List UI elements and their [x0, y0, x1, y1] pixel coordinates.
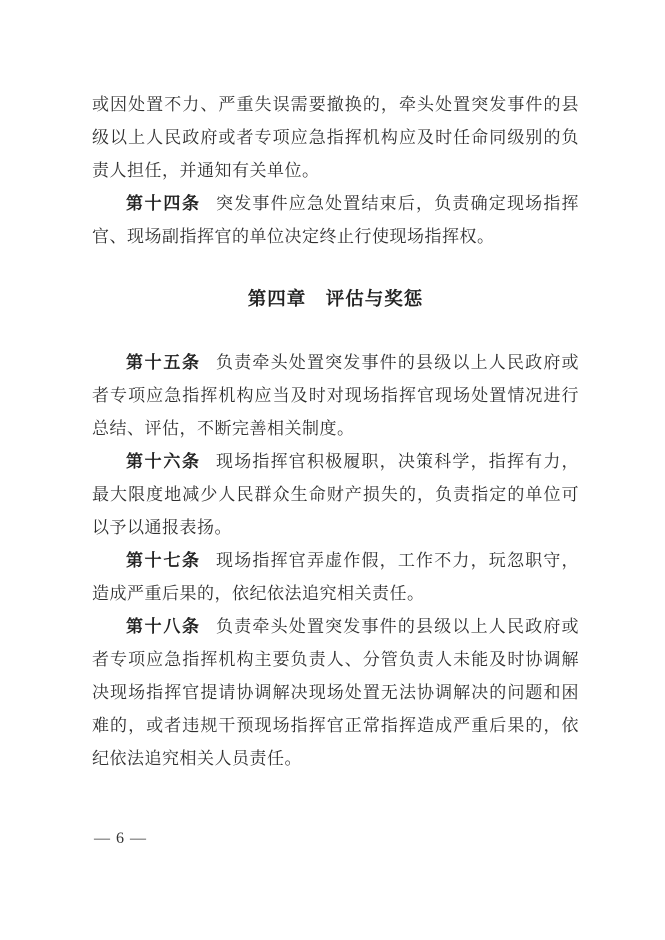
paragraph-article-18: 第十八条负责牵头处置突发事件的县级以上人民政府或者专项应急指挥机构主要负责人、分… — [92, 610, 579, 775]
paragraph-text: 或因处置不力、严重失误需要撤换的，牵头处置突发事件的县级以上人民政府或者专项应急… — [92, 95, 579, 180]
paragraph-article-17: 第十七条现场指挥官弄虚作假，工作不力，玩忽职守，造成严重后果的，依纪依法追究相关… — [92, 544, 579, 610]
article-number: 第十八条 — [126, 617, 201, 636]
article-number: 第十五条 — [126, 353, 201, 372]
paragraph-continuation: 或因处置不力、严重失误需要撤换的，牵头处置突发事件的县级以上人民政府或者专项应急… — [92, 88, 579, 187]
paragraph-text: 负责牵头处置突发事件的县级以上人民政府或者专项应急指挥机构主要负责人、分管负责人… — [92, 617, 579, 768]
paragraph-article-15: 第十五条负责牵头处置突发事件的县级以上人民政府或者专项应急指挥机构应当及时对现场… — [92, 346, 579, 445]
document-body: 或因处置不力、严重失误需要撤换的，牵头处置突发事件的县级以上人民政府或者专项应急… — [92, 88, 579, 775]
article-number: 第十六条 — [126, 452, 201, 471]
chapter-heading: 第四章 评估与奖惩 — [92, 282, 579, 315]
paragraph-article-16: 第十六条现场指挥官积极履职，决策科学，指挥有力，最大限度地减少人民群众生命财产损… — [92, 445, 579, 544]
document-page: 或因处置不力、严重失误需要撤换的，牵头处置突发事件的县级以上人民政府或者专项应急… — [0, 0, 665, 940]
article-number: 第十四条 — [126, 194, 201, 213]
page-number: — 6 — — [94, 830, 147, 848]
paragraph-article-14: 第十四条突发事件应急处置结束后，负责确定现场指挥官、现场副指挥官的单位决定终止行… — [92, 187, 579, 253]
article-number: 第十七条 — [126, 551, 201, 570]
